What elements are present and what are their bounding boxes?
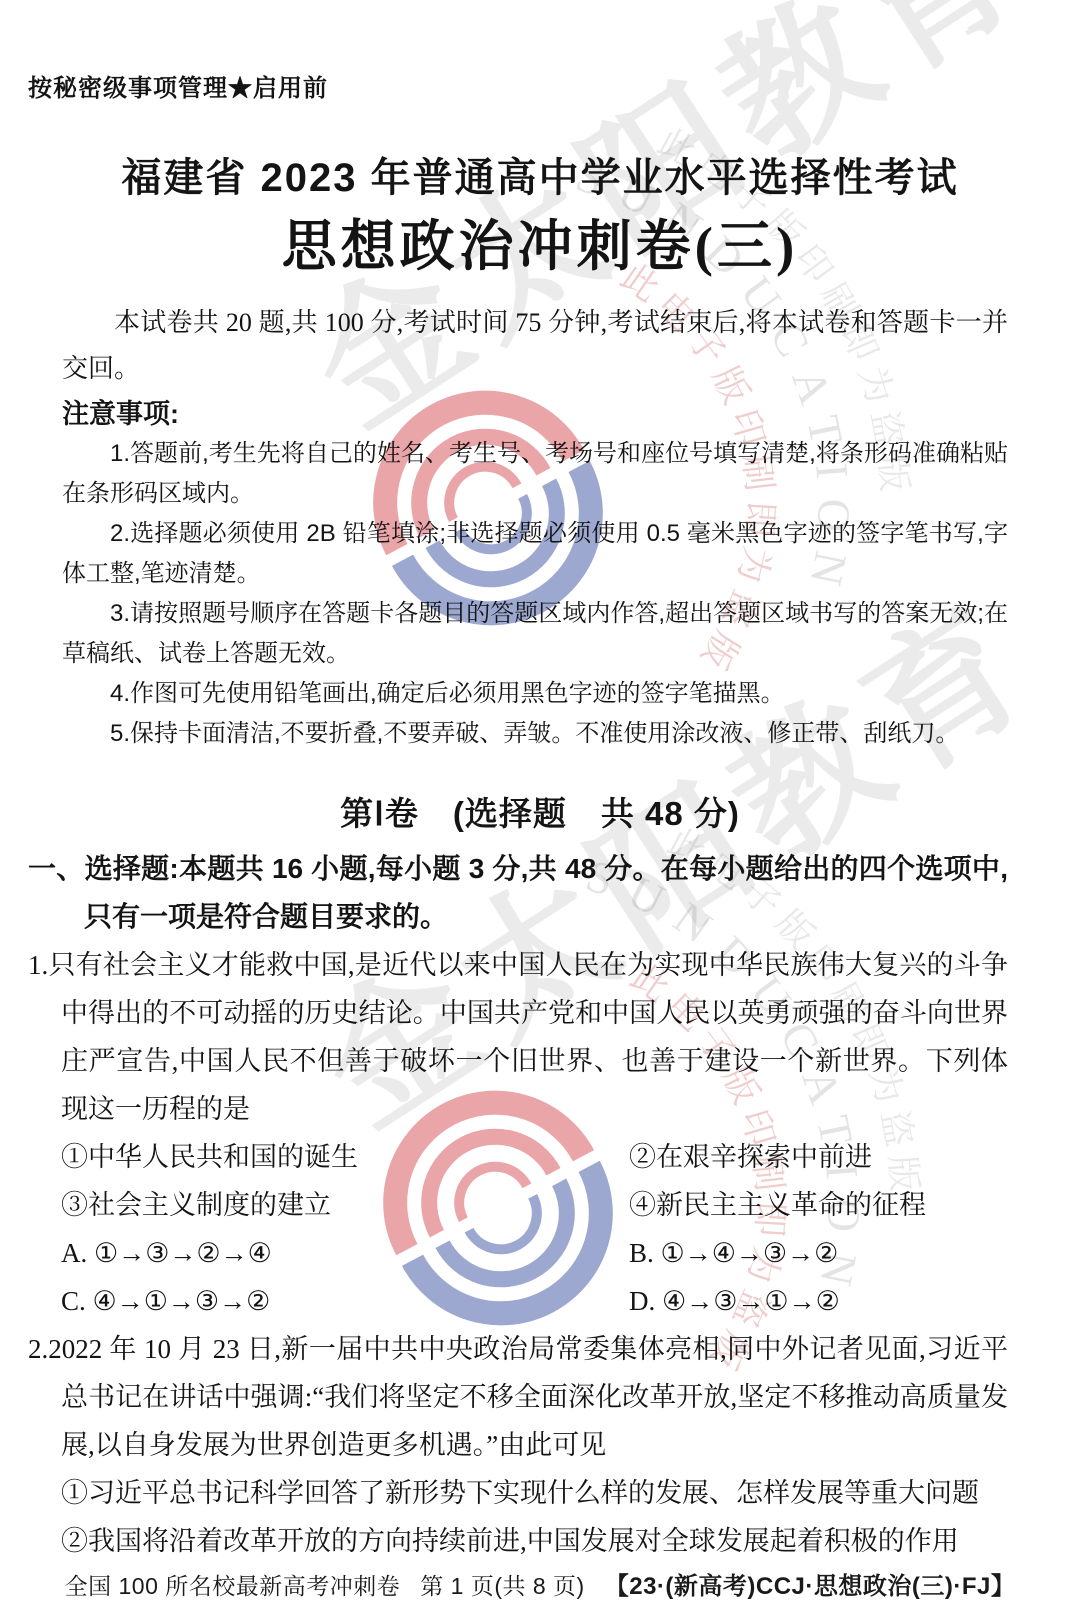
exam-title-line2: 思想政治冲刺卷(三) xyxy=(0,202,1080,281)
choice-row: C. ④→①→③→② D. ④→③→①→② xyxy=(61,1277,1008,1325)
footer-series: 全国 100 所名校最新高考冲刺卷 xyxy=(65,1573,401,1599)
exam-intro-paragraph: 本试卷共 20 题,共 100 分,考试时间 75 分钟,考试结束后,将本试卷和… xyxy=(62,300,1008,392)
choice-item-a: A. ①→③→②→④ xyxy=(61,1229,629,1277)
exam-page: 金太阳教育 SUNDUCATION 此电子版印刷即为盗版 此电子版印刷即为盗版 … xyxy=(0,0,1080,1617)
option-item: ①中华人民共和国的诞生 xyxy=(61,1133,629,1181)
choice-item-b: B. ①→④→③→② xyxy=(629,1229,1008,1277)
note-item: 2.选择题必须使用 2B 铅笔填涂;非选择题必须使用 0.5 毫米黑色字迹的签字… xyxy=(62,514,1008,594)
footer-page-number: 第 1 页(共 8 页) xyxy=(420,1573,584,1599)
option-row: ①中华人民共和国的诞生 ②在艰辛探索中前进 xyxy=(61,1133,1008,1181)
question-number: 2. xyxy=(28,1334,48,1364)
security-classification-note: 按秘密级事项管理★启用前 xyxy=(28,68,328,103)
note-item: 1.答题前,考生先将自己的姓名、考生号、考场号和座位号填写清楚,将条形码准确粘贴… xyxy=(62,434,1008,514)
question-1: 1.只有社会主义才能救中国,是近代以来中国人民在为实现中华民族伟大复兴的斗争中得… xyxy=(28,941,1008,1325)
statement-item: ②我国将沿着改革开放的方向持续前进,中国发展对全球发展起着积极的作用 xyxy=(61,1517,1008,1565)
choice-item-c: C. ④→①→③→② xyxy=(61,1277,629,1325)
question-stem-text: 2022 年 10 月 23 日,新一届中共中央政治局常委集体亮相,同中外记者见… xyxy=(48,1334,1008,1460)
note-item: 4.作图可先使用铅笔画出,确定后必须用黑色字迹的签字笔描黑。 xyxy=(62,674,1008,714)
exam-title-line1: 福建省 2023 年普通高中学业水平选择性考试 xyxy=(0,146,1080,203)
note-item: 5.保持卡面清洁,不要折叠,不要弄破、弄皱。不准使用涂改液、修正带、刮纸刀。 xyxy=(62,714,1008,754)
question-stem: 1.只有社会主义才能救中国,是近代以来中国人民在为实现中华民族伟大复兴的斗争中得… xyxy=(28,941,1008,1133)
footer-exam-code: 【23·(新高考)CCJ·思想政治(三)·FJ】 xyxy=(605,1573,1016,1600)
notes-list: 1.答题前,考生先将自己的姓名、考生号、考场号和座位号填写清楚,将条形码准确粘贴… xyxy=(62,434,1008,754)
page-content: 按秘密级事项管理★启用前 福建省 2023 年普通高中学业水平选择性考试 思想政… xyxy=(0,0,1080,1617)
question-number: 1. xyxy=(28,950,48,980)
option-row: ③社会主义制度的建立 ④新民主主义革命的征程 xyxy=(61,1181,1008,1229)
section-title: 第Ⅰ卷 (选择题 共 48 分) xyxy=(0,788,1080,835)
questions-area: 一、选择题:本题共 16 小题,每小题 3 分,共 48 分。在每小题给出的四个… xyxy=(28,845,1008,1565)
question-stem: 2.2022 年 10 月 23 日,新一届中共中央政治局常委集体亮相,同中外记… xyxy=(28,1325,1008,1469)
note-item: 3.请按照题号顺序在答题卡各题目的答题区域内作答,超出答题区域书写的答案无效;在… xyxy=(62,594,1008,674)
statement-item: ①习近平总书记科学回答了新形势下实现什么样的发展、怎样发展等重大问题 xyxy=(61,1469,1008,1517)
section-instruction: 一、选择题:本题共 16 小题,每小题 3 分,共 48 分。在每小题给出的四个… xyxy=(28,845,1008,941)
question-2: 2.2022 年 10 月 23 日,新一届中共中央政治局常委集体亮相,同中外记… xyxy=(28,1325,1008,1565)
notes-heading: 注意事项: xyxy=(62,392,179,431)
option-item: ②在艰辛探索中前进 xyxy=(629,1133,1008,1181)
question-stem-text: 只有社会主义才能救中国,是近代以来中国人民在为实现中华民族伟大复兴的斗争中得出的… xyxy=(48,950,1008,1124)
choice-item-d: D. ④→③→①→② xyxy=(629,1277,1008,1325)
option-item: ④新民主主义革命的征程 xyxy=(629,1181,1008,1229)
page-footer: 全国 100 所名校最新高考冲刺卷第 1 页(共 8 页)【23·(新高考)CC… xyxy=(0,1566,1080,1601)
option-item: ③社会主义制度的建立 xyxy=(61,1181,629,1229)
choice-row: A. ①→③→②→④ B. ①→④→③→② xyxy=(61,1229,1008,1277)
